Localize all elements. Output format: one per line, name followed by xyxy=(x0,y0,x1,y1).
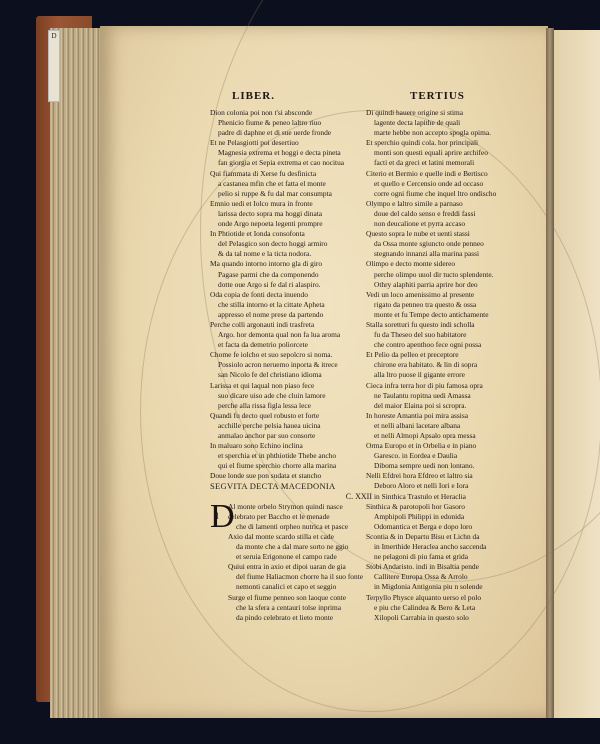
verse-line: Stobi Andaristo. indi in Bisaltia pende xyxy=(366,562,536,572)
verse-line: non deucalione et pyrra accaso xyxy=(366,219,536,229)
verse-line: monti son questi equali aprire archifeo xyxy=(366,148,536,158)
verse-line: che di lamenti orpheo nutrica et pasce xyxy=(228,522,380,532)
verse-line: et quello e Cercensio onde ad occaso xyxy=(366,179,536,189)
verse-line: Argo. hor demonta qual non fa lua aroma xyxy=(210,330,380,340)
verse-line: Stalla soretturi fu questo indi scholla xyxy=(366,320,536,330)
running-head-left: LIBER. xyxy=(232,90,275,102)
verse-line: Citerio et Bermio e quelle indi e Bertis… xyxy=(366,169,536,179)
verse-line: Xilopoli Carrabia in questo solo xyxy=(366,613,536,623)
verse-line: fu da Theseo del suo habitatore xyxy=(366,330,536,340)
verse-line: Cieca infra terra hor di piu famosa opra xyxy=(366,381,536,391)
verse-line: perche olimpo uuol dir tucto splendente. xyxy=(366,270,536,280)
verse-line: Othry alaphiti parria aprire hor deo xyxy=(366,280,536,290)
verse-line: suo dicare uiso ade che cluin lamore xyxy=(210,391,380,401)
verse-line: facti et da greci et latini memorali xyxy=(366,158,536,168)
guide-letter: d xyxy=(214,511,219,521)
verse-line: Emnio uedi et Iolco mura in fronte xyxy=(210,199,380,209)
verse-line: In horeste Amantia poi mira assisa xyxy=(366,411,536,421)
verse-line: qui el fiume sperchio chorre alla marina xyxy=(210,461,380,471)
verse-line: ne pelagoni di piu fama et grida xyxy=(366,552,536,562)
verse-line: Amphipoli Philippi in edonida xyxy=(366,512,536,522)
left-text-column: Dion colonia poi non t'si abscondePhenic… xyxy=(210,108,380,623)
verse-line: rigato da penneo tra questo & ossa xyxy=(366,300,536,310)
verse-line: Quandi fu decto quel robusto et forte xyxy=(210,411,380,421)
verse-line: In Phtiotide et Ionda consofonta xyxy=(210,229,380,239)
verse-line: Et sperchio quindi cola. hor principali xyxy=(366,138,536,148)
verse-line: doue del caldo senso e freddi fassi xyxy=(366,209,536,219)
verse-line: Olympo e laltro simile a parnaso xyxy=(366,199,536,209)
verse-line: Pagase parmi che da componendo xyxy=(210,270,380,280)
verse-line: ne Taulantu ropitna uedi Amassa xyxy=(366,391,536,401)
verse-line: stegnando innanzi alla marina passi xyxy=(366,249,536,259)
verse-line: et nelli albani lacetare albana xyxy=(366,421,536,431)
verse-line: Diboma sempre uedi non lontano. xyxy=(366,461,536,471)
verse-line: Surge el fiume penneo son laoque conte xyxy=(228,593,380,603)
verse-line: Scontia & in Departu Bisu et Lichn da xyxy=(366,532,536,542)
verse-line: Ma quando intorno intorno gla di giro xyxy=(210,259,380,269)
verse-line: da pindo celebrato et lieto monte xyxy=(228,613,380,623)
verse-line: che contro apenthoo fece ogni possa xyxy=(366,340,536,350)
verse-line: in Imerthide Heraclea ancho saccenda xyxy=(366,542,536,552)
verse-line: Di quindi hauere origine si stima xyxy=(366,108,536,118)
verse-line: Larissa et qui laqual non piaso fece xyxy=(210,381,380,391)
verse-line: Dion colonia poi non t'si absconde xyxy=(210,108,380,118)
initial-verse-block: D d Al monte orbelo Strymon quindi nasce… xyxy=(210,502,380,623)
verse-line: da monte che a dal mare sorto ne ggio xyxy=(228,542,380,552)
verse-line: onde Argo nepoeta legenti prompre xyxy=(210,219,380,229)
chapter-number: C. XXII xyxy=(210,492,380,502)
verse-line: padre di daphne et di sue uerde fronde xyxy=(210,128,380,138)
verse-line: larissa decto sopra ma hoggi dinata xyxy=(210,209,380,219)
verse-line: Olimpo e decto monte sidereo xyxy=(366,259,536,269)
verse-line: Questo sopra le nube et uenti stassi xyxy=(366,229,536,239)
verse-line: nemonti canalici et capo et seggio xyxy=(228,582,380,592)
verse-line: in Migdonia Antigonia piu n solende xyxy=(366,582,536,592)
right-text-column: Di quindi hauere origine si stimalagente… xyxy=(366,108,536,623)
verse-block: Dion colonia poi non t'si abscondePhenic… xyxy=(210,108,380,481)
verse-line: Quiui entra in axio et dipoi uaran de gi… xyxy=(228,562,380,572)
verse-block: Di quindi hauere origine si stimalagente… xyxy=(366,108,536,623)
verse-line: Et ne Pelasgiotti poi desertiuo xyxy=(210,138,380,148)
verse-line: del fiume Haliacmon chorre ha il suo fon… xyxy=(228,572,380,582)
verse-block: Al monte orbelo Strymon quindi nascecele… xyxy=(228,502,380,623)
verse-line: Terpyllo Physce alquanto uerso el polo xyxy=(366,593,536,603)
verse-line: che stilla intorno et la cittate Apheta xyxy=(210,300,380,310)
verse-line: Vedi un loco amenissimo al presente xyxy=(366,290,536,300)
verse-line: del Pelasgico son decto hoggi armiro xyxy=(210,239,380,249)
verse-line: chirone era habitato. & lin di sopra xyxy=(366,360,536,370)
verse-line: Possiolo acron neruemo inporta & itrece xyxy=(210,360,380,370)
verse-line: che la sfera a centauri tolse inprima xyxy=(228,603,380,613)
verse-line: anmalao anchor par suo consorte xyxy=(210,431,380,441)
verse-line: Doue londe sue pon sudata et stancho xyxy=(210,471,380,481)
verse-line: et facta da demetrio poliorcete xyxy=(210,340,380,350)
verse-line: fan giorgia et Sepia extrema et cao noci… xyxy=(210,158,380,168)
index-tab: D xyxy=(48,30,60,102)
verse-line: Sinthica & parotopoli hor Gasoro xyxy=(366,502,536,512)
book-gutter xyxy=(546,28,554,718)
verse-line: et sperchia et in phthiotide Thebe ancho xyxy=(210,451,380,461)
verse-line: Odomantica et Berga e dopo loro xyxy=(366,522,536,532)
verse-line: in Sinthica Trastulo et Heraclia xyxy=(366,492,536,502)
verse-line: et seruia Erigonone el campo rade xyxy=(228,552,380,562)
verse-line: Deboro Aloro et nelli Iori e Iora xyxy=(366,481,536,491)
running-head-right: TERTIUS xyxy=(410,90,465,102)
verse-line: Et Pelio da pelleo et preceptore xyxy=(366,350,536,360)
verse-line: lagente decta lapithe de quali xyxy=(366,118,536,128)
verse-line: Qui fiammata di Xerse fu desfinicta xyxy=(210,169,380,179)
verse-line: Oda copia de fonti decta inuendo xyxy=(210,290,380,300)
verse-line: dotte oue Argo si fe dal ri alaspiro. xyxy=(210,280,380,290)
verse-line: Garesco. in Eordea e Daulia xyxy=(366,451,536,461)
facing-page-edge xyxy=(554,30,600,718)
verse-line: In maluaro sono Echino inclina xyxy=(210,441,380,451)
verse-line: Callitere Europa Ossa & Arrolo xyxy=(366,572,536,582)
verse-line: a castanea mfin che et fatta el monte xyxy=(210,179,380,189)
verse-line: Magnesia extrema et hoggi e decta pineta xyxy=(210,148,380,158)
verse-line: et nelli Almopi Apsalo opra messa xyxy=(366,431,536,441)
verse-line: da Ossa monte sgiuncto onde penneo xyxy=(366,239,536,249)
verse-line: corre ogni fiume che inquel ltro ondisch… xyxy=(366,189,536,199)
verse-line: Al monte orbelo Strymon quindi nasce xyxy=(228,502,380,512)
verse-line: san Nicolo fe del christiano idioma xyxy=(210,370,380,380)
section-title: SEGVITA DECTA MACEDONIA xyxy=(210,481,380,491)
verse-line: Nelli Efdrei hora Efdreo et laltro sia xyxy=(366,471,536,481)
verse-line: del maior Elaina poi si scropra. xyxy=(366,401,536,411)
verse-line: marte hebbe non accepto spogla opima. xyxy=(366,128,536,138)
verse-line: celebrato per Baccho et le menade xyxy=(228,512,380,522)
verse-line: e piu che Calindea & Bero & Leta xyxy=(366,603,536,613)
verse-line: Chome fe iolcho et suo sepolcro si noma. xyxy=(210,350,380,360)
verse-line: Perche colli argonauti indi trasfreta xyxy=(210,320,380,330)
verse-line: perche alla rissa figla lessa lece xyxy=(210,401,380,411)
verse-line: alla ltro puose il gigante errore xyxy=(366,370,536,380)
verse-line: & da tal nome e la ticta nodora. xyxy=(210,249,380,259)
verse-line: Axio dal monte scardo stilla et cade xyxy=(228,532,380,542)
verse-line: appresso el nome prese da partendo xyxy=(210,310,380,320)
verse-line: Phenicio fiume & peneo laltro riuo xyxy=(210,118,380,128)
verse-line: acchille perche pelsia hauea uicina xyxy=(210,421,380,431)
verse-line: Orma Europo et in Orbelia e in piano xyxy=(366,441,536,451)
verse-line: pelio si ruppe & fu dal mar consumpta xyxy=(210,189,380,199)
verse-line: monte et fu Tempe decto antichamente xyxy=(366,310,536,320)
